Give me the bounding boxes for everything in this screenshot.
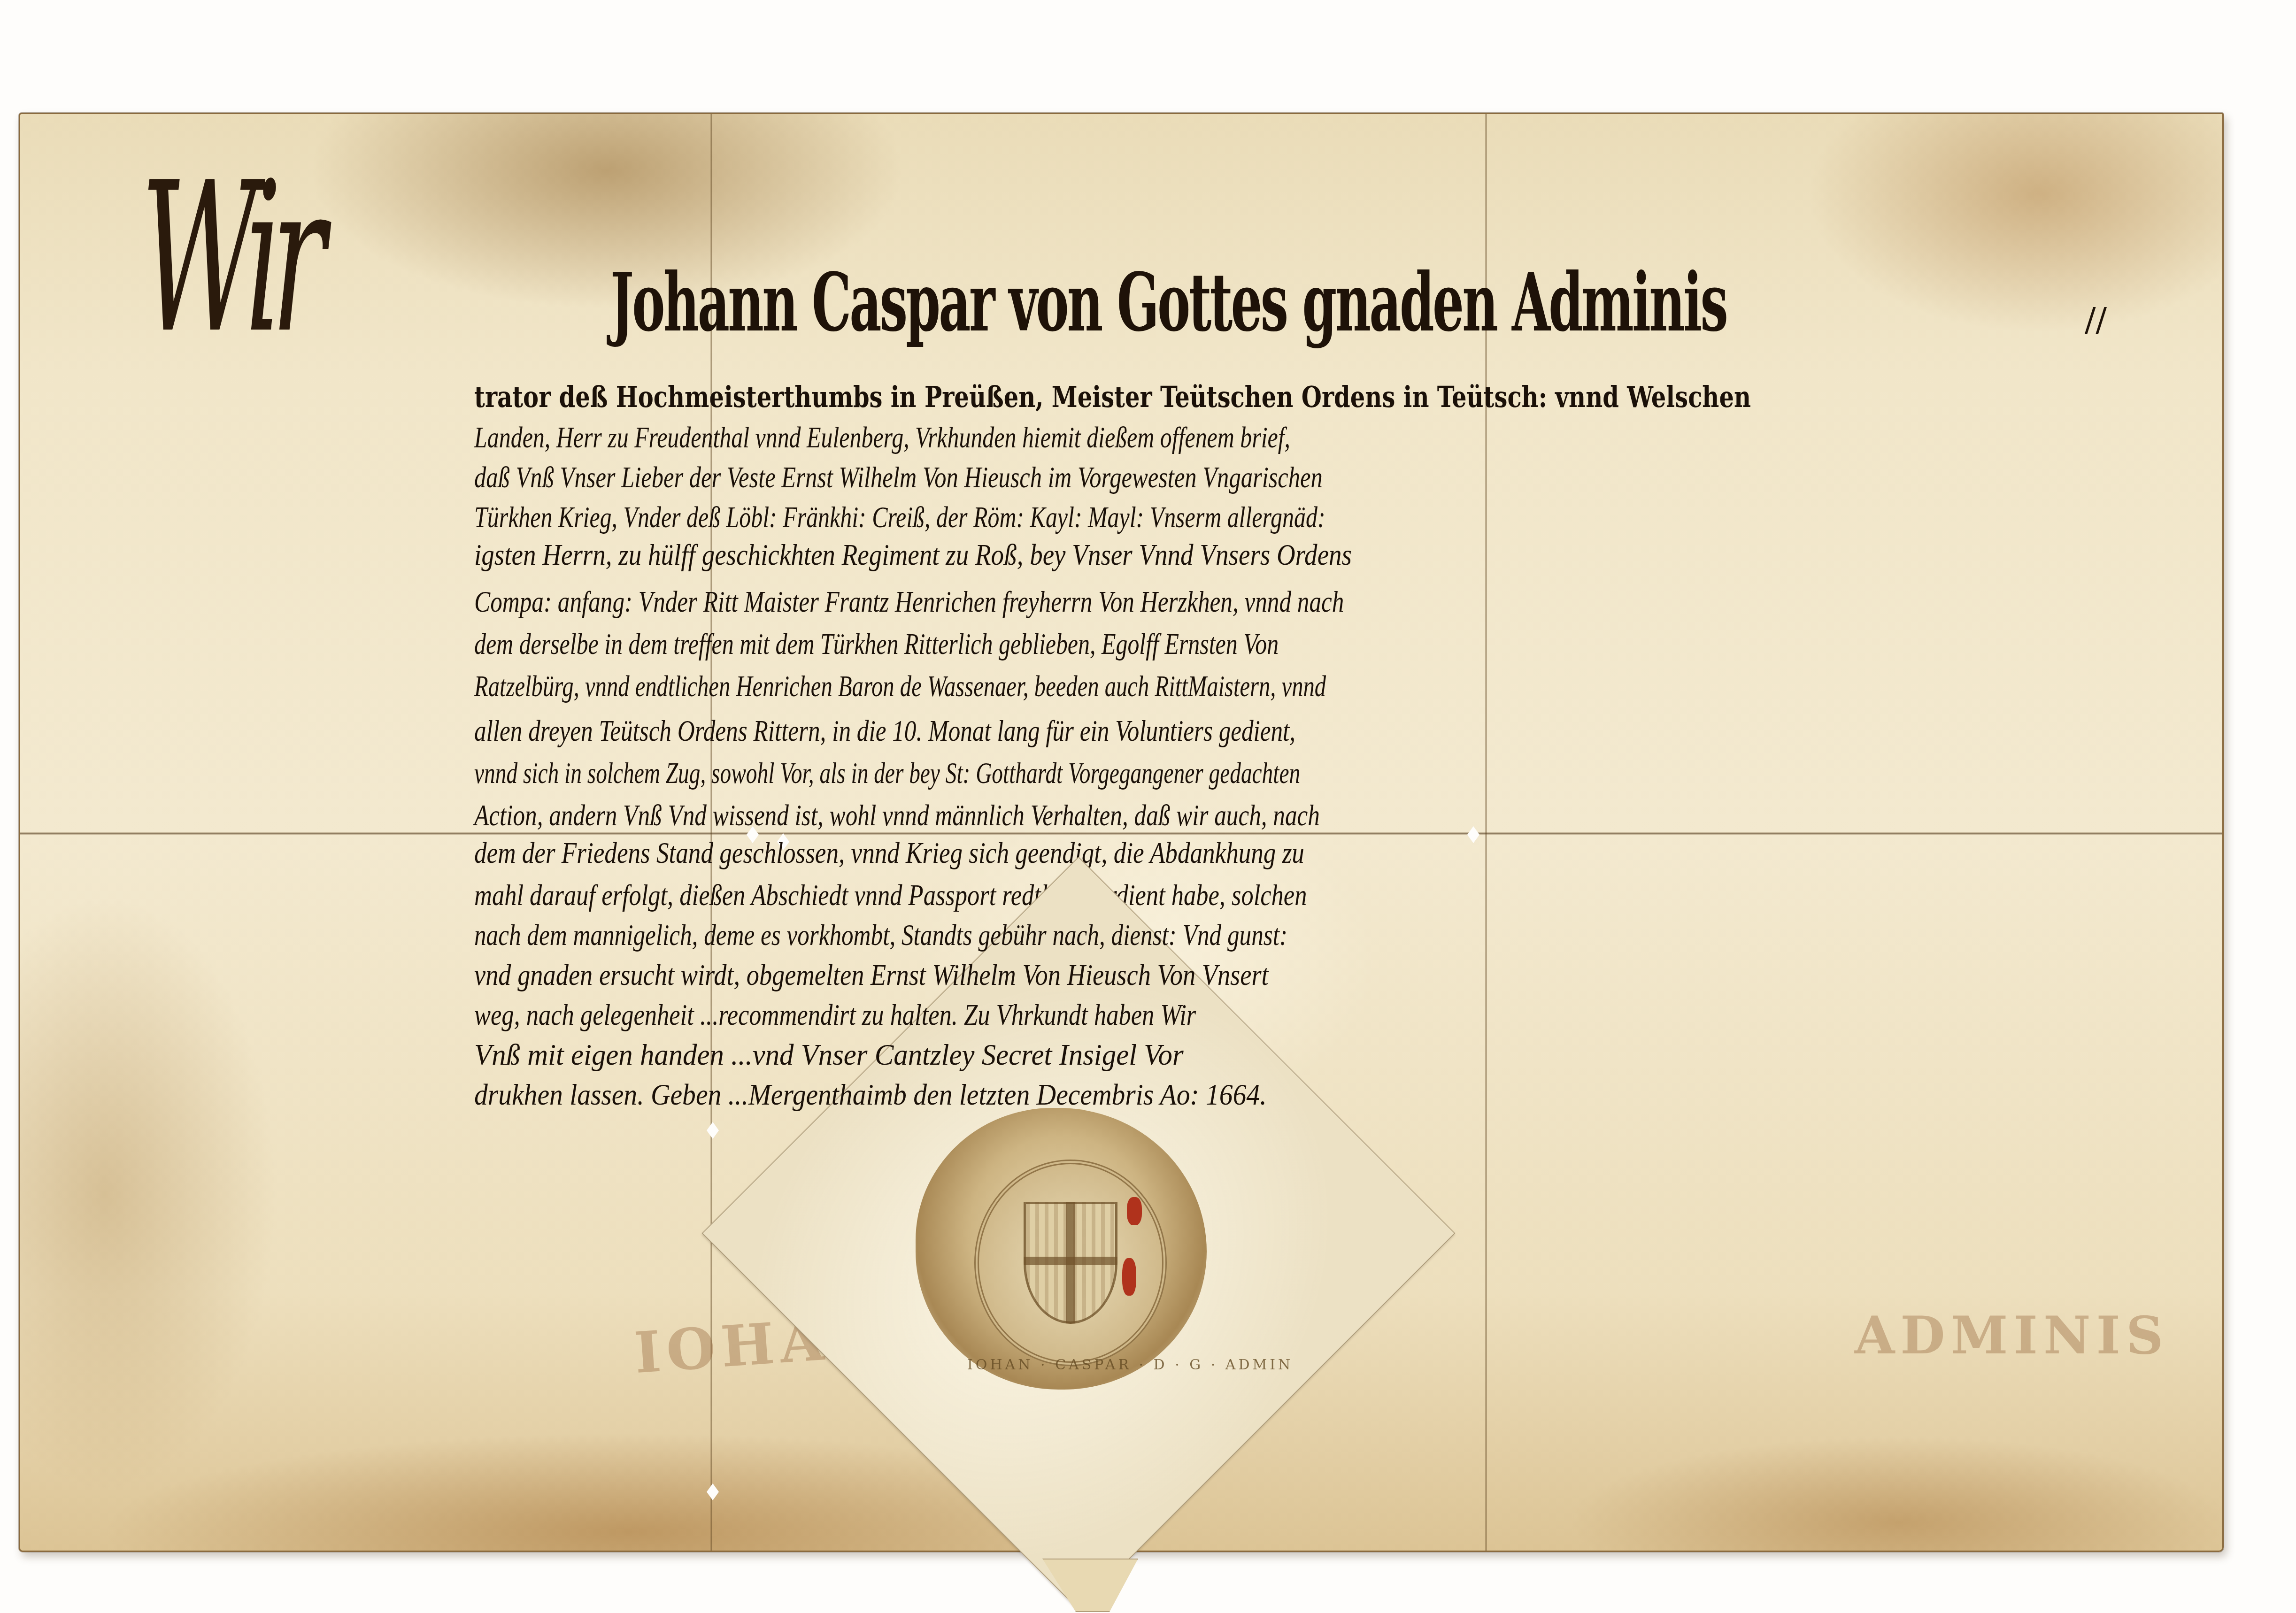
coat-of-arms-icon (1024, 1202, 1117, 1324)
document-heading: Johann Caspar von Gottes gnaden Adminis (610, 263, 1726, 343)
body-line-13: mahl darauf erfolgt, dießen Abschiedt vn… (474, 880, 1307, 910)
body-line-7: dem derselbe in dem treffen mit dem Türk… (474, 629, 1279, 659)
scanned-document: IOHAN CASPAR ADMINIS Wir Johann Caspar v… (0, 0, 2296, 1613)
body-line-2: Landen, Herr zu Freudenthal vnnd Eulenbe… (474, 422, 1290, 453)
faded-offset-mark: ADMINIS (1855, 1305, 2169, 1366)
red-wax-fragment (1127, 1197, 1142, 1225)
body-line-11: Action, andern Vnß Vnd wissend ist, wohl… (474, 800, 1320, 830)
horizontal-fold-line (20, 832, 2222, 835)
body-line-9: allen dreyen Teütsch Ordens Rittern, in … (474, 716, 1295, 746)
body-line-14: nach dem mannigelich, deme es vorkhombt,… (474, 920, 1287, 950)
decorative-initials: Wir (141, 155, 316, 361)
body-line-12: dem der Friedens Stand geschlossen, vnnd… (474, 838, 1304, 868)
body-line-6: Compa: anfang: Vnder Ritt Maister Frantz… (474, 587, 1344, 617)
body-line-17: Vnß mit eigen handen ...vnd Vnser Cantzl… (474, 1040, 1184, 1070)
body-line-15: vnd gnaden ersucht wirdt, obgemelten Ern… (474, 960, 1269, 990)
body-line-1: trator deß Hochmeisterthumbs in Preüßen,… (474, 383, 1751, 412)
body-line-18: drukhen lassen. Geben ...Mergenthaimb de… (474, 1080, 1267, 1110)
body-line-3: daß Vnß Vnser Lieber der Veste Ernst Wil… (474, 462, 1323, 492)
body-line-4: Türkhen Krieg, Vnder deß Löbl: Fränkhi: … (474, 502, 1325, 532)
seal-legend: IOHAN · CASPAR · D · G · ADMIN (967, 1357, 1293, 1373)
red-wax-fragment (1122, 1258, 1136, 1296)
body-line-10: vnnd sich in solchem Zug, sowohl Vor, al… (474, 758, 1300, 788)
body-line-5: igsten Herrn, zu hülff geschickhten Regi… (474, 540, 1352, 570)
body-line-16: weg, nach gelegenheit ...recommendirt zu… (474, 1000, 1196, 1030)
body-line-8: Ratzelbürg, vnnd endtlichen Henrichen Ba… (474, 671, 1326, 701)
heading-continuation-mark: // (2085, 300, 2107, 339)
